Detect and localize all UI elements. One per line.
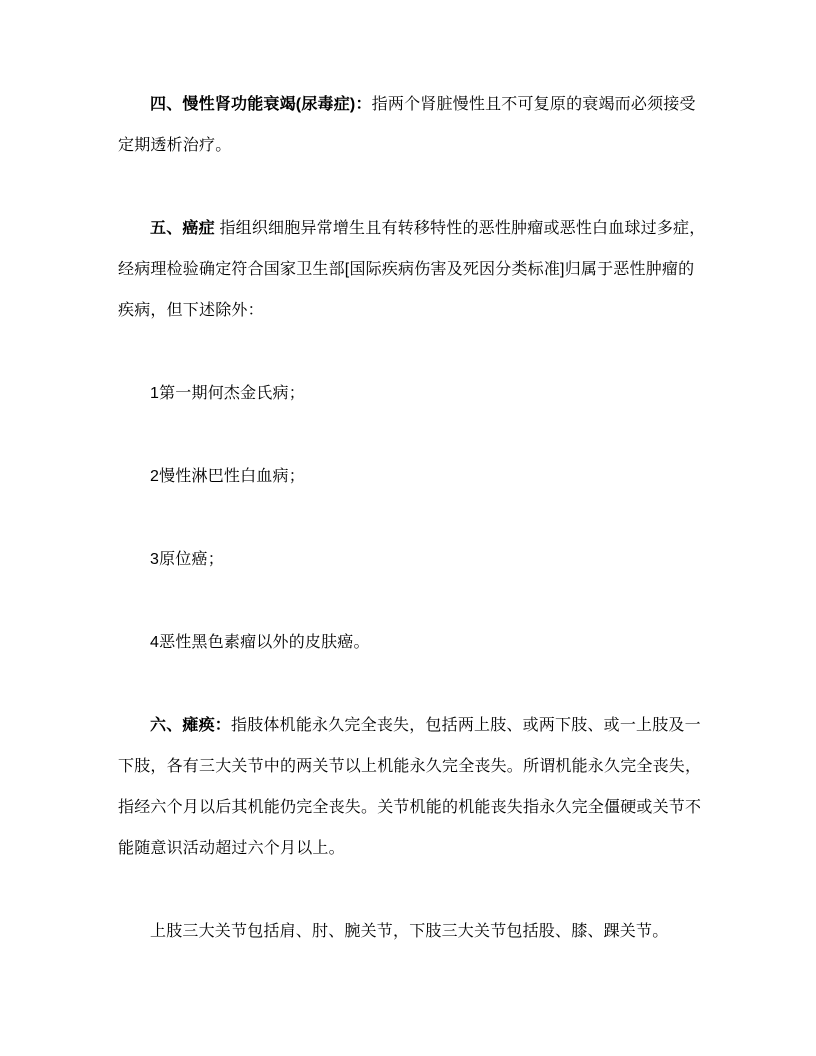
clause-5-cancer: 五、癌症 指组织细胞异常增生且有转移特性的恶性肿瘤或恶性白血球过多症，经病理检验… bbox=[118, 208, 716, 331]
text-run: 4恶性黑色素瘤以外的皮肤癌。 bbox=[150, 634, 370, 651]
text-run: 经病理检验确定符合国家卫生部[国际疾病伤害及死因分类标准]归属于恶性肿瘤的 bbox=[118, 261, 694, 278]
text-run: 指组织细胞异常增生且有转移特性的恶性肿瘤或恶性白血球过多症， bbox=[215, 220, 706, 237]
text-run: 指两个肾脏慢性且不可复原的衰竭而必须接受 bbox=[372, 96, 696, 113]
joints-definition-note: 上肢三大关节包括肩、肘、腕关节，下肢三大关节包括股、膝、踝关节。 bbox=[118, 911, 716, 952]
text-run: 2慢性淋巴性白血病； bbox=[150, 468, 305, 485]
text-line: 五、癌症 指组织细胞异常增生且有转移特性的恶性肿瘤或恶性白血球过多症， bbox=[118, 208, 716, 249]
text-line: 3原位癌； bbox=[118, 539, 716, 580]
text-line: 经病理检验确定符合国家卫生部[国际疾病伤害及死因分类标准]归属于恶性肿瘤的 bbox=[118, 249, 716, 290]
text-run: 能随意识活动超过六个月以上。 bbox=[118, 840, 345, 857]
text-run: 上肢三大关节包括肩、肘、腕关节，下肢三大关节包括股、膝、踝关节。 bbox=[150, 923, 668, 940]
text-line: 1第一期何杰金氏病； bbox=[118, 373, 716, 414]
text-line: 定期透析治疗。 bbox=[118, 125, 716, 166]
text-run: 指肢体机能永久完全丧失，包括两上肢、或两下肢、或一上肢及一 bbox=[231, 717, 701, 734]
clause-heading: 五、癌症 bbox=[150, 220, 215, 237]
text-line: 上肢三大关节包括肩、肘、腕关节，下肢三大关节包括股、膝、踝关节。 bbox=[118, 911, 716, 952]
text-line: 六、瘫痪：指肢体机能永久完全丧失，包括两上肢、或两下肢、或一上肢及一 bbox=[118, 705, 716, 746]
text-run: 指经六个月以后其机能仍完全丧失。关节机能的机能丧失指永久完全僵硬或关节不 bbox=[118, 799, 701, 816]
text-line: 能随意识活动超过六个月以上。 bbox=[118, 828, 716, 869]
text-run: 定期透析治疗。 bbox=[118, 137, 231, 154]
text-line: 指经六个月以后其机能仍完全丧失。关节机能的机能丧失指永久完全僵硬或关节不 bbox=[118, 787, 716, 828]
cancer-exclusion-item-1: 1第一期何杰金氏病； bbox=[118, 373, 716, 414]
clause-heading: 四、慢性肾功能衰竭(尿毒症)： bbox=[150, 96, 372, 113]
text-line: 2慢性淋巴性白血病； bbox=[118, 456, 716, 497]
text-run: 1第一期何杰金氏病； bbox=[150, 385, 305, 402]
document-page: 四、慢性肾功能衰竭(尿毒症)：指两个肾脏慢性且不可复原的衰竭而必须接受定期透析治… bbox=[0, 0, 816, 1056]
text-run: 3原位癌； bbox=[150, 551, 224, 568]
text-line: 四、慢性肾功能衰竭(尿毒症)：指两个肾脏慢性且不可复原的衰竭而必须接受 bbox=[118, 84, 716, 125]
text-line: 下肢，各有三大关节中的两关节以上机能永久完全丧失。所谓机能永久完全丧失， bbox=[118, 746, 716, 787]
document-body: 四、慢性肾功能衰竭(尿毒症)：指两个肾脏慢性且不可复原的衰竭而必须接受定期透析治… bbox=[118, 84, 716, 952]
text-run: 疾病，但下述除外： bbox=[118, 302, 264, 319]
cancer-exclusion-item-4: 4恶性黑色素瘤以外的皮肤癌。 bbox=[118, 622, 716, 663]
clause-6-paralysis: 六、瘫痪：指肢体机能永久完全丧失，包括两上肢、或两下肢、或一上肢及一下肢，各有三… bbox=[118, 705, 716, 869]
cancer-exclusion-item-3: 3原位癌； bbox=[118, 539, 716, 580]
text-run: 下肢，各有三大关节中的两关节以上机能永久完全丧失。所谓机能永久完全丧失， bbox=[118, 758, 701, 775]
clause-4-chronic-renal-failure: 四、慢性肾功能衰竭(尿毒症)：指两个肾脏慢性且不可复原的衰竭而必须接受定期透析治… bbox=[118, 84, 716, 166]
text-line: 疾病，但下述除外： bbox=[118, 290, 716, 331]
cancer-exclusion-item-2: 2慢性淋巴性白血病； bbox=[118, 456, 716, 497]
text-line: 4恶性黑色素瘤以外的皮肤癌。 bbox=[118, 622, 716, 663]
clause-heading: 六、瘫痪： bbox=[150, 717, 231, 734]
